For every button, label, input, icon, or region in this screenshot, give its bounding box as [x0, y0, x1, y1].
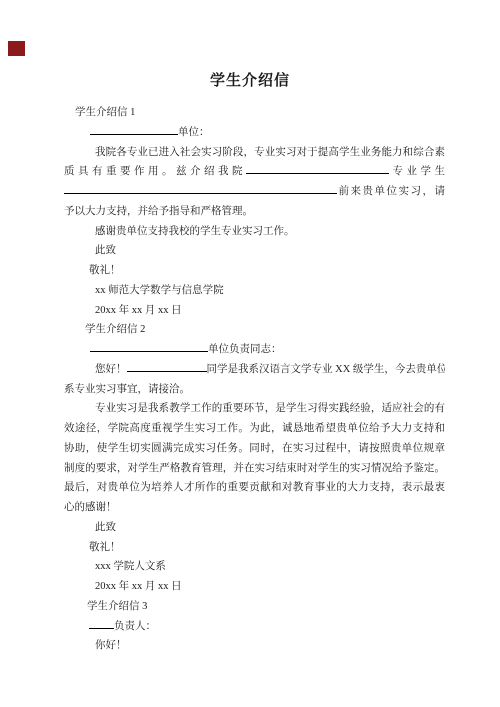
blank-underline — [246, 162, 389, 174]
salutation-text: 单位负责同志： — [208, 344, 282, 355]
body-text: 您好！ — [95, 364, 127, 375]
document-page: 学生介绍信 学生介绍信 1 单位： 我院各专业已进入社会实习阶段，专业实习对于提… — [0, 0, 500, 707]
letter1-para1-line3: 前来贵单位实习，请 — [64, 182, 445, 202]
letter2-para2-line6: 心的感谢！ — [64, 498, 445, 518]
blank-underline — [90, 340, 208, 352]
letter2-para2-line2: 效途径，学院高度重视学生实习工作。为此，诚恳地希望贵单位给予大力支持和 — [64, 419, 445, 439]
letter1-heading: 学生介绍信 1 — [64, 103, 445, 123]
body-text: 专业学生 — [389, 166, 445, 177]
letter3-heading: 学生介绍信 3 — [64, 597, 445, 617]
letter2-heading: 学生介绍信 2 — [64, 320, 445, 340]
letter2-para2-line3: 协助，使学生切实圆满完成实习任务。同时，在实习过程中，请按照贵单位规章 — [64, 439, 445, 459]
blank-underline — [64, 182, 337, 194]
letter2-para1-line1: 您好！同学是我系汉语言文学专业 XX 级学生，今去贵单位联 — [64, 360, 445, 380]
letter1-closing-cizhi: 此致 — [64, 241, 445, 261]
letter3-salutation: 负责人： — [64, 617, 445, 637]
salutation-text: 负责人： — [114, 621, 156, 632]
body-text: 前来贵单位实习，请 — [337, 186, 445, 197]
letter1-salutation: 单位： — [64, 123, 445, 143]
document-body: 学生介绍信 1 单位： 我院各专业已进入社会实习阶段，专业实习对于提高学生业务能… — [0, 103, 500, 656]
letter2-signature: xxx 学院人文系 — [64, 557, 445, 577]
letter2-para2-line5: 最后，对贵单位为培养人才所作的重要贡献和对教育事业的大力支持，表示最衷 — [64, 478, 445, 498]
letter2-para2-line4: 制度的要求，对学生严格教育管理，并在实习结束时对学生的实习情况给予鉴定。 — [64, 459, 445, 479]
letter3-greeting: 你好！ — [64, 636, 445, 656]
letter2-salutation: 单位负责同志： — [64, 340, 445, 360]
blank-underline — [127, 360, 207, 372]
document-title: 学生介绍信 — [0, 0, 500, 90]
letter1-date: 20xx 年 xx 月 xx 日 — [64, 301, 445, 321]
blank-underline — [89, 617, 114, 629]
salutation-text: 单位： — [178, 127, 210, 138]
letter2-closing-jingli: 敬礼！ — [64, 538, 445, 558]
letter2-date: 20xx 年 xx 月 xx 日 — [64, 577, 445, 597]
blank-underline — [90, 123, 178, 135]
letter1-para1-line1: 我院各专业已进入社会实习阶段，专业实习对于提高学生业务能力和综合素 — [64, 143, 445, 163]
letter1-para1-line2: 质具有重要作用。兹介绍我院专业学生 — [64, 162, 445, 182]
site-logo-mark — [8, 41, 25, 56]
letter2-para2-line1: 专业实习是我系教学工作的重要环节，是学生习得实践经验，适应社会的有 — [64, 399, 445, 419]
letter2-para1-line2: 系专业实习事宜，请接洽。 — [64, 380, 445, 400]
letter1-para2: 感谢贵单位支持我校的学生专业实习工作。 — [64, 222, 445, 242]
letter2-closing-cizhi: 此致 — [64, 518, 445, 538]
body-text: 同学是我系汉语言文学专业 XX 级学生，今去贵单位联 — [207, 364, 446, 375]
letter1-para1-line4: 予以大力支持，并给予指导和严格管理。 — [64, 202, 445, 222]
body-text: 质具有重要作用。兹介绍我院 — [64, 166, 246, 177]
letter1-signature: xx 师范大学数学与信息学院 — [64, 281, 445, 301]
letter1-closing-jingli: 敬礼！ — [64, 261, 445, 281]
